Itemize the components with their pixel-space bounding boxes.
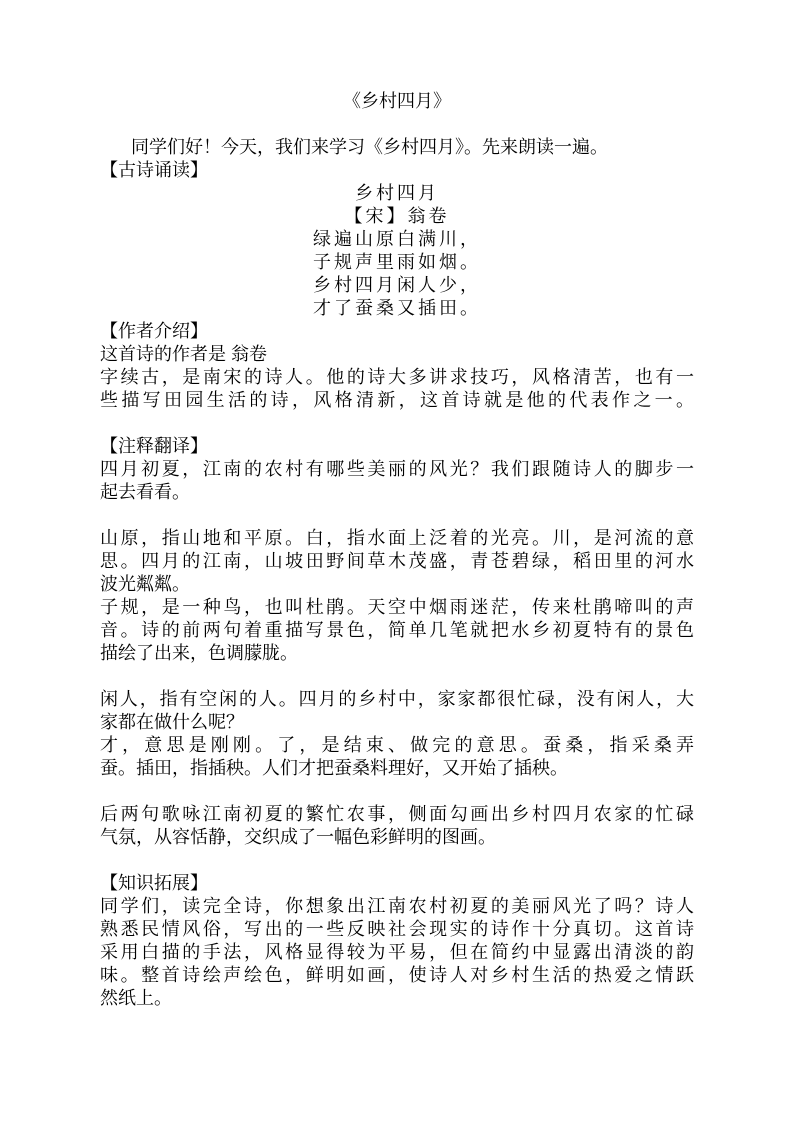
poem-line: 乡村四月闲人少， <box>100 274 694 297</box>
section-author: 【作者介绍】 这首诗的作者是 翁卷 字续古，是南宋的诗人。他的诗大多讲求技巧，风… <box>100 320 694 412</box>
document-page: 《乡村四月》 同学们好！今天，我们来学习《乡村四月》。先来朗读一遍。 【古诗诵读… <box>0 0 794 1123</box>
text-line: 熟悉民情风俗，写出的一些反映社会现实的诗作十分真切。这首诗 <box>100 918 694 941</box>
section-header-recite: 【古诗诵读】 <box>100 159 694 182</box>
intro-line: 同学们好！今天，我们来学习《乡村四月》。先来朗读一遍。 <box>100 136 694 159</box>
blank-line <box>100 504 694 527</box>
section-header-author: 【作者介绍】 <box>100 320 694 343</box>
poem-line: 绿遍山原白满川， <box>100 228 694 251</box>
text-line: 四月初夏，江南的农村有哪些美丽的风光？我们跟随诗人的脚步一 <box>100 458 694 481</box>
poem-line: 子规声里雨如烟。 <box>100 251 694 274</box>
section-expand: 【知识拓展】 同学们，读完全诗，你想象出江南农村初夏的美丽风光了吗？诗人 熟悉民… <box>100 872 694 1010</box>
text-line: 气氛，从容恬静，交织成了一幅色彩鲜明的图画。 <box>100 826 694 849</box>
text-line: 闲人，指有空闲的人。四月的乡村中，家家都很忙碌，没有闲人，大 <box>100 688 694 711</box>
poem-line: 才了蚕桑又插田。 <box>100 297 694 320</box>
document-title: 《乡村四月》 <box>100 90 694 113</box>
text-line: 同学们，读完全诗，你想象出江南农村初夏的美丽风光了吗？诗人 <box>100 895 694 918</box>
text-line: 波光粼粼。 <box>100 573 694 596</box>
text-line: 描绘了出来，色调朦胧。 <box>100 642 694 665</box>
text-line: 些描写田园生活的诗，风格清新，这首诗就是他的代表作之一。 <box>100 389 694 412</box>
text-line: 起去看看。 <box>100 481 694 504</box>
poem-author: 【宋】翁卷 <box>100 205 694 228</box>
text-line: 采用白描的手法，风格显得较为平易，但在简约中显露出清淡的韵 <box>100 941 694 964</box>
blank-line <box>100 113 694 136</box>
text-line: 思。四月的江南，山坡田野间草木茂盛，青苍碧绿，稻田里的河水 <box>100 550 694 573</box>
text-line: 山原，指山地和平原。白，指水面上泛着的光亮。川，是河流的意 <box>100 527 694 550</box>
section-recite: 【古诗诵读】 乡村四月 【宋】翁卷 绿遍山原白满川， 子规声里雨如烟。 乡村四月… <box>100 159 694 320</box>
text-line: 然纸上。 <box>100 987 694 1010</box>
text-line: 才，意思是刚刚。了，是结束、做完的意思。蚕桑，指采桑弄 <box>100 734 694 757</box>
blank-line <box>100 849 694 872</box>
blank-line <box>100 412 694 435</box>
text-line: 音。诗的前两句着重描写景色，简单几笔就把水乡初夏特有的景色 <box>100 619 694 642</box>
section-header-notes: 【注释翻译】 <box>100 435 694 458</box>
section-header-expand: 【知识拓展】 <box>100 872 694 895</box>
text-line: 后两句歌咏江南初夏的繁忙农事，侧面勾画出乡村四月农家的忙碌 <box>100 803 694 826</box>
text-line: 字续古，是南宋的诗人。他的诗大多讲求技巧，风格清苦，也有一 <box>100 366 694 389</box>
blank-line <box>100 780 694 803</box>
text-line: 子规，是一种鸟，也叫杜鹃。天空中烟雨迷茫，传来杜鹃啼叫的声 <box>100 596 694 619</box>
text-line: 家都在做什么呢？ <box>100 711 694 734</box>
text-line: 味。整首诗绘声绘色，鲜明如画，使诗人对乡村生活的热爱之情跃 <box>100 964 694 987</box>
blank-line <box>100 665 694 688</box>
section-notes: 【注释翻译】 四月初夏，江南的农村有哪些美丽的风光？我们跟随诗人的脚步一 起去看… <box>100 435 694 849</box>
text-line: 这首诗的作者是 翁卷 <box>100 343 694 366</box>
poem-title: 乡村四月 <box>100 182 694 205</box>
text-line: 蚕。插田，指插秧。人们才把蚕桑料理好，又开始了插秧。 <box>100 757 694 780</box>
